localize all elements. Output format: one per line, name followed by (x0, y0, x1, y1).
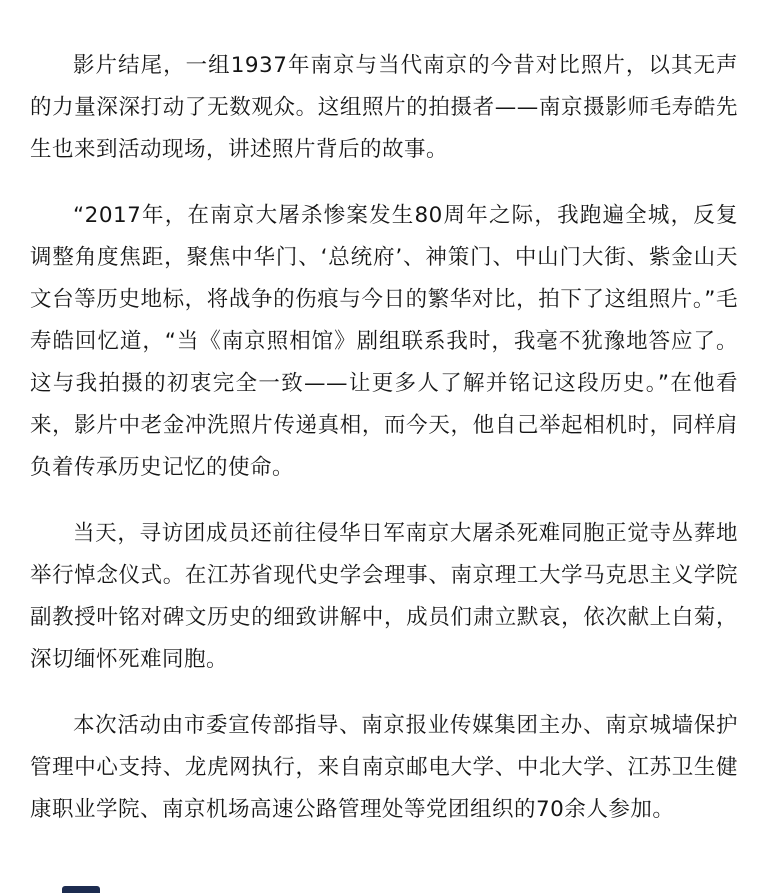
article-paragraph: “2017年，在南京大屠杀惨案发生80周年之际，我跑遍全城，反复调整角度焦距，聚… (30, 195, 738, 489)
article-body: 影片结尾，一组1937年南京与当代南京的今昔对比照片，以其无声的力量深深打动了无… (0, 0, 769, 831)
article-page: 影片结尾，一组1937年南京与当代南京的今昔对比照片，以其无声的力量深深打动了无… (0, 0, 769, 893)
cropped-element-top-edge (62, 886, 100, 893)
article-paragraph: 本次活动由市委宣传部指导、南京报业传媒集团主办、南京城墙保护管理中心支持、龙虎网… (30, 705, 738, 831)
article-paragraph: 影片结尾，一组1937年南京与当代南京的今昔对比照片，以其无声的力量深深打动了无… (30, 45, 738, 171)
article-paragraph: 当天，寻访团成员还前往侵华日军南京大屠杀死难同胞正觉寺丛葬地举行悼念仪式。在江苏… (30, 513, 738, 681)
